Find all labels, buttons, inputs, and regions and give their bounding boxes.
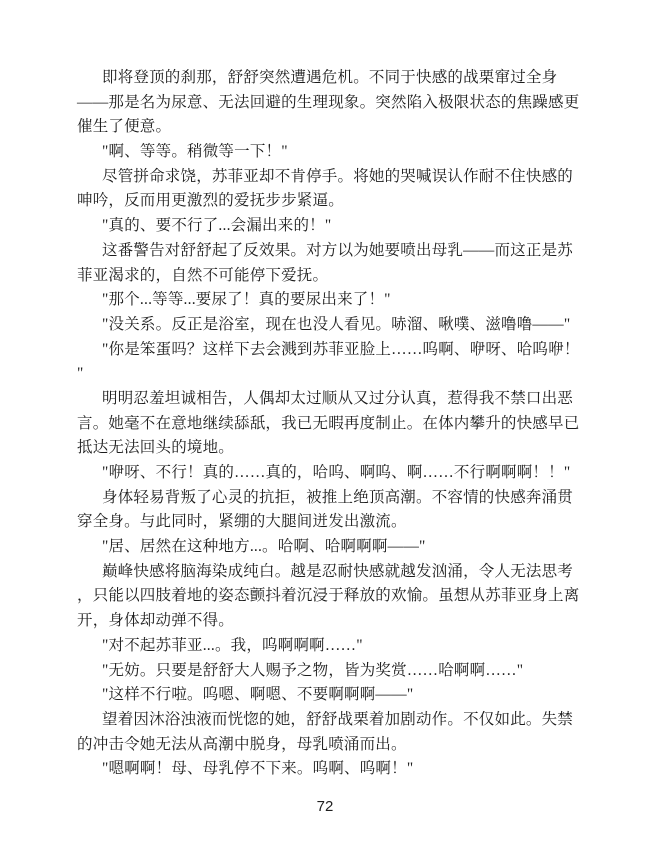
text-line: 言。她毫不在意地继续舔舐，我已无暇再度制止。在体内攀升的快感早已 — [77, 412, 587, 437]
text-line: 开，身体却动弹不得。 — [77, 609, 587, 634]
text-line: "居、居然在这种地方...。哈啊、哈啊啊啊——" — [77, 535, 587, 560]
text-line: "对不起苏菲亚...。我，呜啊啊啊……" — [77, 634, 587, 659]
text-line: 明明忍羞坦诚相告，人偶却太过顺从又过分认真，惹得我不禁口出恶 — [77, 387, 587, 412]
text-line: 身体轻易背叛了心灵的抗拒，被推上绝顶高潮。不容情的快感奔涌贯 — [77, 486, 587, 511]
text-line: "无妨。只要是舒舒大人赐予之物，皆为奖赏……哈啊啊……" — [77, 659, 587, 684]
text-line: 催生了便意。 — [77, 115, 587, 140]
text-line: "咿呀、不行！真的……真的，哈呜、啊呜、啊……不行啊啊啊！！" — [77, 461, 587, 486]
text-line: "那个...等等...要尿了！真的要尿出来了！" — [77, 288, 587, 313]
text-line: 抵达无法回头的境地。 — [77, 436, 587, 461]
text-line: 的冲击令她无法从高潮中脱身，母乳喷涌而出。 — [77, 733, 587, 758]
page-number: 72 — [0, 798, 650, 815]
document-page: 即将登顶的刹那，舒舒突然遭遇危机。不同于快感的战栗窜过全身——那是名为尿意、无法… — [0, 0, 650, 850]
text-line: "这样不行啦。呜嗯、啊嗯、不要啊啊啊——" — [77, 683, 587, 708]
text-line: 巅峰快感将脑海染成纯白。越是忍耐快感就越发汹涌，令人无法思考 — [77, 560, 587, 585]
text-line: ，只能以四肢着地的姿态颤抖着沉浸于释放的欢愉。虽想从苏菲亚身上离 — [77, 584, 587, 609]
body-text: 即将登顶的刹那，舒舒突然遭遇危机。不同于快感的战栗窜过全身——那是名为尿意、无法… — [77, 66, 587, 782]
text-line: 尽管拼命求饶，苏菲亚却不肯停手。将她的哭喊误认作耐不住快感的 — [77, 165, 587, 190]
text-line: " — [77, 362, 587, 387]
text-line: "你是笨蛋吗？这样下去会溅到苏菲亚脸上……呜啊、咿呀、哈呜咿！ — [77, 338, 587, 363]
text-line: 穿全身。与此同时，紧绷的大腿间迸发出激流。 — [77, 510, 587, 535]
text-line: 菲亚渴求的，自然不可能停下爱抚。 — [77, 264, 587, 289]
text-line: 呻吟，反而用更激烈的爱抚步步紧逼。 — [77, 189, 587, 214]
text-line: "没关系。反正是浴室，现在也没人看见。哧溜、啾噗、滋噜噜——" — [77, 313, 587, 338]
text-line: ——那是名为尿意、无法回避的生理现象。突然陷入极限状态的焦躁感更 — [77, 91, 587, 116]
text-line: 这番警告对舒舒起了反效果。对方以为她要喷出母乳——而这正是苏 — [77, 239, 587, 264]
text-line: 即将登顶的刹那，舒舒突然遭遇危机。不同于快感的战栗窜过全身 — [77, 66, 587, 91]
text-line: 望着因沐浴浊液而恍惚的她，舒舒战栗着加剧动作。不仅如此。失禁 — [77, 708, 587, 733]
text-line: "啊、等等。稍微等一下！" — [77, 140, 587, 165]
text-line: "嗯啊啊！母、母乳停不下来。呜啊、呜啊！" — [77, 757, 587, 782]
text-line: "真的、要不行了...会漏出来的！" — [77, 214, 587, 239]
